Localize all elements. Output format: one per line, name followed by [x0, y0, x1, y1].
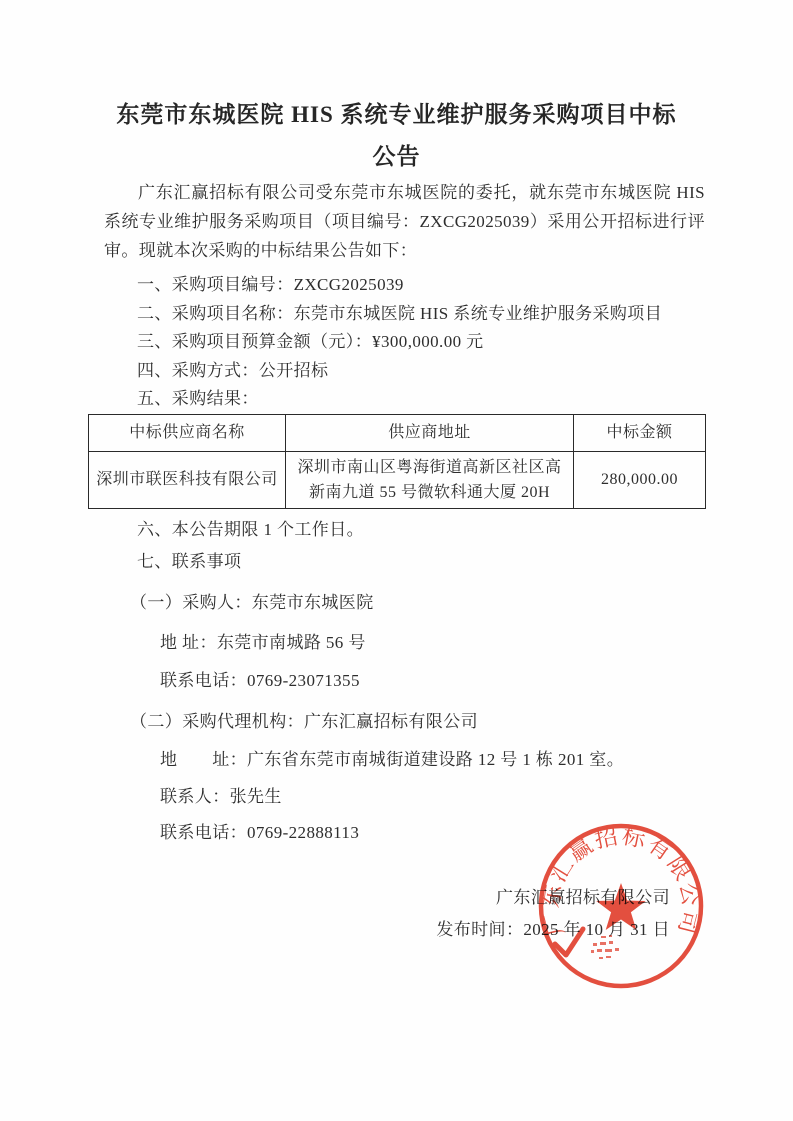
- title-line-1: 东莞市东城医院 HIS 系统专业维护服务采购项目中标: [0, 94, 793, 136]
- item-project-number: 一、采购项目编号：ZXCG2025039: [104, 271, 705, 300]
- document-page: 东莞市东城医院 HIS 系统专业维护服务采购项目中标 公告 广东汇赢招标有限公司…: [0, 0, 793, 1121]
- agency-phone: 联系电话：0769-22888113: [104, 818, 705, 847]
- item-purchase-method: 四、采购方式：公开招标: [104, 357, 705, 386]
- purchaser-address: 地 址：东莞市南城路 56 号: [104, 628, 705, 657]
- item-notice-period: 六、本公告期限 1 个工作日。: [104, 516, 705, 545]
- signature-company: 广东汇赢招标有限公司: [104, 883, 670, 912]
- item-purchase-result: 五、采购结果：: [104, 385, 705, 414]
- document-body: 广东汇赢招标有限公司受东莞市东城医院的委托，就东莞市东城医院 HIS 系统专业维…: [0, 178, 793, 944]
- title-line-2: 公告: [0, 136, 793, 178]
- item-contact-heading: 七、联系事项: [104, 548, 705, 577]
- col-header-supplier: 中标供应商名称: [89, 414, 286, 451]
- page-title: 东莞市东城医院 HIS 系统专业维护服务采购项目中标 公告: [0, 0, 793, 178]
- purchaser-phone: 联系电话：0769-23071355: [104, 666, 705, 695]
- cell-supplier-name: 深圳市联医科技有限公司: [89, 451, 286, 508]
- result-table: 中标供应商名称 供应商地址 中标金额 深圳市联医科技有限公司 深圳市南山区粤海街…: [88, 414, 706, 509]
- signature-date: 发布时间：2025 年 10 月 31 日: [104, 915, 670, 944]
- signature-block: 广东汇赢招标有限公司 发布时间：2025 年 10 月 31 日: [104, 883, 705, 944]
- table-header-row: 中标供应商名称 供应商地址 中标金额: [89, 414, 706, 451]
- numbered-list: 一、采购项目编号：ZXCG2025039 二、采购项目名称：东莞市东城医院 HI…: [104, 271, 705, 414]
- item-project-name: 二、采购项目名称：东莞市东城医院 HIS 系统专业维护服务采购项目: [104, 300, 705, 329]
- cell-winning-amount: 280,000.00: [574, 451, 706, 508]
- agency-heading: （二）采购代理机构：广东汇赢招标有限公司: [104, 707, 705, 736]
- col-header-amount: 中标金额: [574, 414, 706, 451]
- col-header-address: 供应商地址: [286, 414, 574, 451]
- table-row: 深圳市联医科技有限公司 深圳市南山区粤海街道高新区社区高新南九道 55 号微软科…: [89, 451, 706, 508]
- intro-paragraph: 广东汇赢招标有限公司受东莞市东城医院的委托，就东莞市东城医院 HIS 系统专业维…: [104, 178, 705, 265]
- agency-contact: 联系人：张先生: [104, 782, 705, 811]
- item-project-budget: 三、采购项目预算金额（元）：¥300,000.00 元: [104, 328, 705, 357]
- cell-supplier-address: 深圳市南山区粤海街道高新区社区高新南九道 55 号微软科通大厦 20H: [286, 451, 574, 508]
- purchaser-heading: （一）采购人：东莞市东城医院: [104, 588, 705, 617]
- agency-address: 地 址：广东省东莞市南城街道建设路 12 号 1 栋 201 室。: [104, 745, 705, 774]
